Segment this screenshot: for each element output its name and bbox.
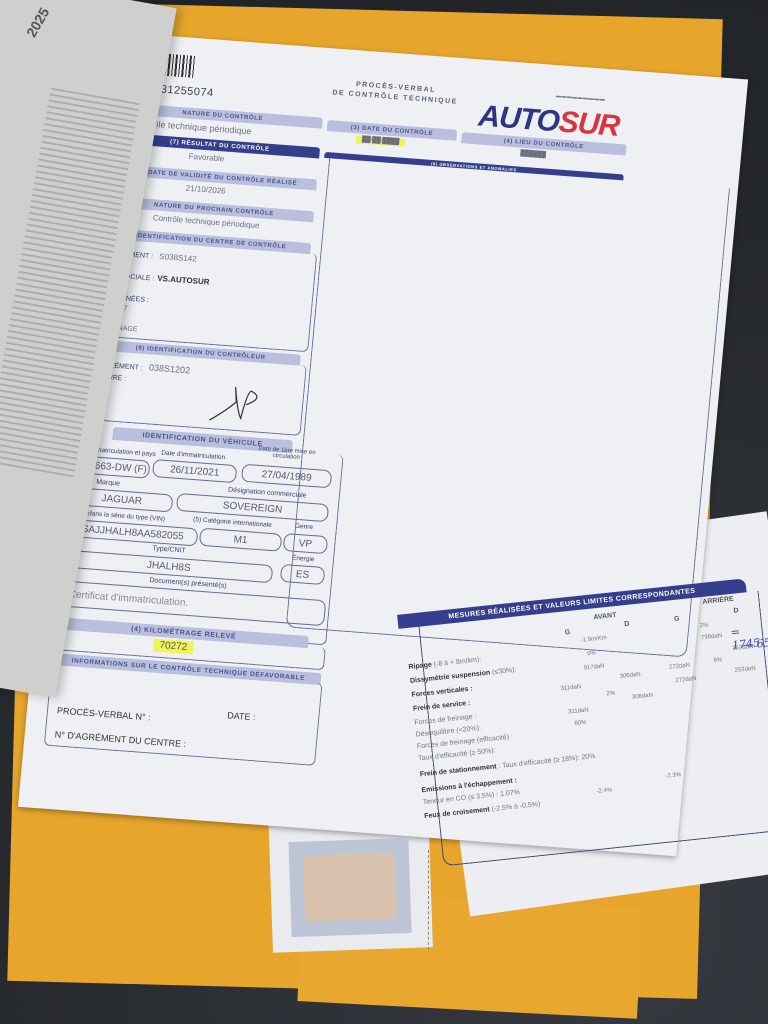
dissymetrie-avant: 0%: [587, 650, 596, 657]
vignette-sticker-area: [288, 838, 411, 937]
validity-value: 21/10/2026: [185, 184, 226, 196]
folded-page-year: 2025: [23, 5, 52, 40]
defavorable-date-label: DATE :: [227, 710, 256, 722]
lieu-value: ██████: [520, 151, 546, 159]
col-arriere-d: D: [733, 607, 739, 614]
date-value: ██/██/████: [356, 136, 406, 146]
logo-tagline: ▬▬▬▬▬▬▬▬▬: [556, 93, 606, 103]
result-value: Favorable: [188, 152, 224, 164]
col-avant-g: G: [565, 629, 571, 637]
document-title: PROCÈS-VERBAL DE CONTRÔLE TECHNIQUE: [295, 76, 496, 111]
perforation-line: [428, 850, 430, 950]
ripage-arriere: 2%: [700, 622, 709, 629]
frein-service-arriere-d: 8%: [713, 657, 722, 664]
measures-panel: MESURES RÉALISÉES ET VALEURS LIMITES COR…: [395, 556, 768, 893]
col-arriere-g: G: [674, 615, 680, 623]
kilometrage-value: 70272: [153, 640, 194, 654]
forces-freinage-avant: 2%: [606, 691, 615, 698]
col-avant-d: D: [624, 621, 630, 628]
signature-scribble: [204, 380, 268, 429]
efficacite-value: 60%: [574, 720, 587, 727]
vignette-placeholder: [303, 852, 397, 921]
